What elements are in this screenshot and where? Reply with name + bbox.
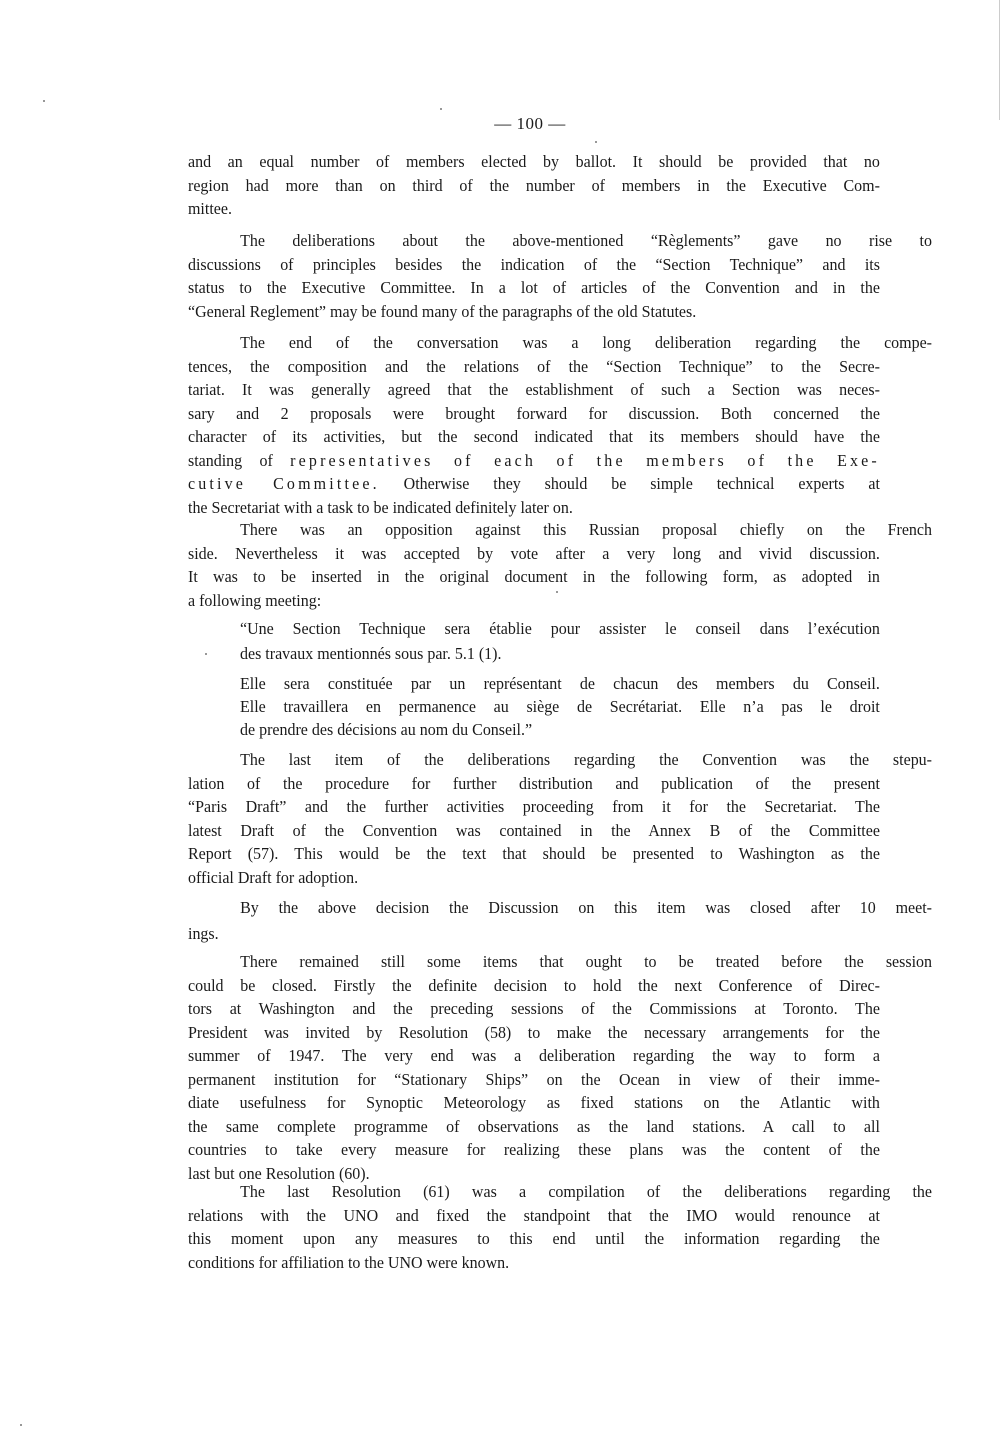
text-line: mittee. xyxy=(188,197,880,221)
paragraph-6: By the above decision the Discussion on … xyxy=(188,895,880,947)
text-line: sary and 2 proposals were brought forwar… xyxy=(188,402,880,426)
text-line: discussions of principles besides the in… xyxy=(188,253,880,277)
quotation-block-2: Elle sera constituée par un représentant… xyxy=(240,672,880,741)
text-line: “Une Section Technique sera établie pour… xyxy=(240,616,880,641)
text-line: Elle sera constituée par un représentant… xyxy=(240,672,880,695)
text-line: It was to be inserted in the original do… xyxy=(188,565,880,589)
text-line: region had more than on third of the num… xyxy=(188,174,880,198)
text-line: countries to take every measure for real… xyxy=(188,1138,880,1162)
text-line: standing of representatives of each of t… xyxy=(188,449,880,473)
text-line: de prendre des décisions au nom du Conse… xyxy=(240,718,880,741)
paragraph-4: There was an opposition against this Rus… xyxy=(188,518,880,612)
scan-speck xyxy=(556,591,558,593)
paragraph-1: and an equal number of members elected b… xyxy=(188,150,880,221)
text-line: tors at Washington and the preceding ses… xyxy=(188,997,880,1021)
text-line: ings. xyxy=(188,921,880,947)
text-line: The deliberations about the above-mentio… xyxy=(188,229,932,253)
text-line: Report (57). This would be the text that… xyxy=(188,842,880,866)
emphasized-text: cutive Committee. xyxy=(188,474,380,493)
text-line: side. Nevertheless it was accepted by vo… xyxy=(188,542,880,566)
text-line: summer of 1947. The very end was a delib… xyxy=(188,1044,880,1068)
text-line: official Draft for adoption. xyxy=(188,866,880,890)
text-line: tences, the composition and the relation… xyxy=(188,355,880,379)
text-run: Otherwise they should be simple technica… xyxy=(380,474,880,493)
text-line: cutive Committee. Otherwise they should … xyxy=(188,472,880,496)
text-line: and an equal number of members elected b… xyxy=(188,150,880,174)
text-line: conditions for affiliation to the UNO we… xyxy=(188,1251,880,1275)
scan-speck xyxy=(43,100,45,102)
text-line: the same complete programme of observati… xyxy=(188,1115,880,1139)
paragraph-5: The last item of the deliberations regar… xyxy=(188,748,880,889)
text-line: relations with the UNO and fixed the sta… xyxy=(188,1204,880,1228)
text-line: this moment upon any measures to this en… xyxy=(188,1227,880,1251)
emphasized-text: representatives of each of the members o… xyxy=(290,451,880,470)
text-line: “Paris Draft” and the further activities… xyxy=(188,795,880,819)
page-number: — 100 — xyxy=(0,114,1000,134)
text-line: tariat. It was generally agreed that the… xyxy=(188,378,880,402)
paragraph-3: The end of the conversation was a long d… xyxy=(188,331,880,519)
text-line: lation of the procedure for further dist… xyxy=(188,772,880,796)
text-line: By the above decision the Discussion on … xyxy=(188,895,932,921)
text-line: The end of the conversation was a long d… xyxy=(188,331,932,355)
text-run: standing of xyxy=(188,451,290,470)
scan-speck xyxy=(595,141,597,143)
text-line: “General Reglement” may be found many of… xyxy=(188,300,880,324)
text-line: character of its activities, but the sec… xyxy=(188,425,880,449)
scan-speck xyxy=(205,653,207,655)
text-line: latest Draft of the Convention was conta… xyxy=(188,819,880,843)
text-line: There remained still some items that oug… xyxy=(188,950,932,974)
text-line: des travaux mentionnés sous par. 5.1 (1)… xyxy=(240,641,880,666)
text-line: the Secretariat with a task to be indica… xyxy=(188,496,880,520)
text-line: a following meeting: xyxy=(188,589,880,613)
text-line: permanent institution for “Stationary Sh… xyxy=(188,1068,880,1092)
text-line: The last Resolution (61) was a compilati… xyxy=(188,1180,932,1204)
scan-speck xyxy=(440,108,442,110)
text-line: diate usefulness for Synoptic Meteorolog… xyxy=(188,1091,880,1115)
text-line: The last item of the deliberations regar… xyxy=(188,748,932,772)
paragraph-8: The last Resolution (61) was a compilati… xyxy=(188,1180,880,1274)
scan-speck xyxy=(20,1424,22,1426)
text-line: Elle travaillera en permanence au siège … xyxy=(240,695,880,718)
quotation-block-1: “Une Section Technique sera établie pour… xyxy=(240,616,880,666)
text-line: could be closed. Firstly the definite de… xyxy=(188,974,880,998)
paragraph-2: The deliberations about the above-mentio… xyxy=(188,229,880,323)
text-line: status to the Executive Committee. In a … xyxy=(188,276,880,300)
paragraph-7: There remained still some items that oug… xyxy=(188,950,880,1185)
text-line: President was invited by Resolution (58)… xyxy=(188,1021,880,1045)
text-line: There was an opposition against this Rus… xyxy=(188,518,932,542)
